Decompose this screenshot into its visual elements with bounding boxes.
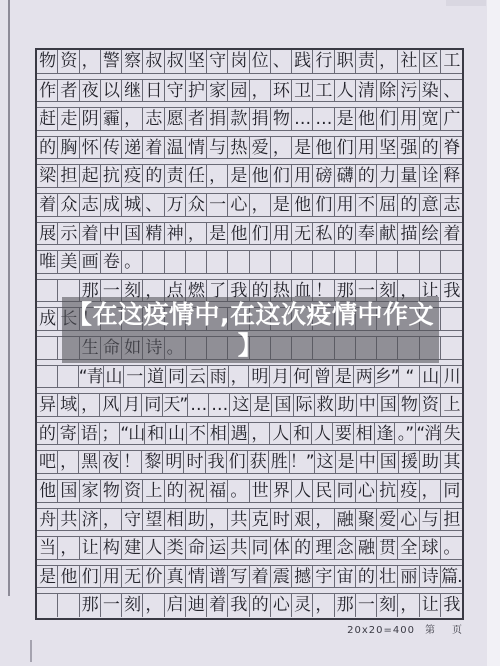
grid-cell: 迪 xyxy=(186,594,207,617)
grid-cell: 克 xyxy=(250,509,271,531)
grid-cell xyxy=(250,251,271,273)
grid-cell: 日 xyxy=(143,80,164,102)
grid-cell: 吧 xyxy=(37,451,58,473)
grid-cell: 艰 xyxy=(292,509,313,531)
grid-cell: 环 xyxy=(271,80,292,102)
grid-cell xyxy=(398,251,419,273)
grid-cell: 爱 xyxy=(250,137,271,159)
grid-cell: 用 xyxy=(356,137,377,159)
grid-cell: 他 xyxy=(228,223,249,245)
grid-cell: 、 xyxy=(143,194,164,216)
grid-cell: 真 xyxy=(165,566,186,588)
grid-cell: 篇. xyxy=(441,566,462,588)
grid-cell: 志 xyxy=(143,108,164,130)
grid-cell: ， xyxy=(186,223,207,245)
grid-cell: 工 xyxy=(313,80,334,102)
page-number-suffix: 页 xyxy=(452,625,463,636)
grid-cell: 无 xyxy=(292,223,313,245)
grid-cell: 月 xyxy=(270,366,291,388)
grid-cell: 助 xyxy=(420,451,441,473)
essay-row: 唯美画卷。 xyxy=(37,250,462,274)
grid-cell: 者 xyxy=(58,80,79,102)
grid-cell: 污 xyxy=(398,80,419,102)
grid-cell: 何 xyxy=(291,366,312,388)
grid-cell: 神 xyxy=(165,223,186,245)
grid-cell: 抗 xyxy=(101,165,122,187)
grid-cell: 释 xyxy=(441,165,462,187)
grid-cell: 让 xyxy=(420,594,441,617)
grid-cell: 成 xyxy=(101,194,122,216)
grid-cell: 不 xyxy=(356,194,377,216)
grid-cell: 志 xyxy=(441,194,462,216)
grid-cell: 责 xyxy=(356,50,377,73)
grid-cell: 聚 xyxy=(356,509,377,531)
grid-cell: 理 xyxy=(313,537,334,559)
grid-cell: 的 xyxy=(335,223,356,245)
grid-cell: 援 xyxy=(399,451,420,473)
grid-cell: ， xyxy=(58,451,79,473)
grid-cell: 同 xyxy=(441,480,462,502)
grid-cell: 卷 xyxy=(101,251,122,273)
grid-cell: 山 xyxy=(104,366,125,388)
grid-cell: 与 xyxy=(207,137,228,159)
grid-cell: 志 xyxy=(80,194,101,216)
grid-cell: 们 xyxy=(377,108,398,130)
grid-cell: 当 xyxy=(37,537,58,559)
grid-cell: 那 xyxy=(80,594,101,617)
grid-cell: ， xyxy=(250,80,271,102)
grid-cell: ； xyxy=(100,423,121,445)
grid-cell: 责 xyxy=(165,165,186,187)
grid-cell: 全 xyxy=(398,537,419,559)
grid-cell: 是 xyxy=(37,566,58,588)
grid-cell: 云 xyxy=(187,366,208,388)
grid-cell: 走 xyxy=(58,108,79,130)
grid-cell: ， xyxy=(58,537,79,559)
grid-cell: 心 xyxy=(228,194,249,216)
grid-cell: 和 xyxy=(145,423,166,445)
grid-cell: 力 xyxy=(377,165,398,187)
grid-cell: 美 xyxy=(58,251,79,273)
essay-row: 异域，风月同天”……这是国际救助中国物资上 xyxy=(37,393,462,417)
essay-row: 的寄语；“山和山不相遇，人和人要相逢。”“消失 xyxy=(37,422,462,446)
grid-cell: 同 xyxy=(142,394,163,416)
grid-cell: 以 xyxy=(101,80,122,102)
grid-cell: ， xyxy=(250,194,271,216)
grid-cell: 传 xyxy=(101,137,122,159)
grid-cell: 曾 xyxy=(312,366,333,388)
grid-cell: 中 xyxy=(357,451,378,473)
grid-cell: 着 xyxy=(207,594,228,617)
paper-bottom-left-mark xyxy=(30,640,32,662)
grid-cell xyxy=(292,251,313,273)
grid-cell: 山 xyxy=(166,423,187,445)
grid-cell: 察 xyxy=(122,50,143,73)
grid-cell: ！ xyxy=(121,451,142,473)
grid-cell: 叔 xyxy=(165,50,186,73)
grid-cell: 刻 xyxy=(122,594,143,617)
grid-cell: 这 xyxy=(315,451,336,473)
grid-cell: 界 xyxy=(271,480,292,502)
grid-cell: 同 xyxy=(166,366,187,388)
grid-cell: 家 xyxy=(207,80,228,102)
grid-cell: 。 xyxy=(441,537,462,559)
grid-cell: 是 xyxy=(251,394,272,416)
grid-cell: 守 xyxy=(165,80,186,102)
grid-cell: 获 xyxy=(248,451,269,473)
grid-cell: … xyxy=(313,108,334,130)
grid-cell: 唯 xyxy=(37,251,58,273)
grid-cell: 共 xyxy=(58,509,79,531)
grid-cell: 物 xyxy=(399,394,420,416)
essay-row: 他国家物资上的祝福。世界人民同心抗疫，同 xyxy=(37,479,462,503)
grid-cell: 人 xyxy=(312,423,333,445)
grid-cell xyxy=(143,251,164,273)
grid-cell: 我 xyxy=(206,451,227,473)
grid-cell: 们 xyxy=(227,451,248,473)
grid-cell: 是 xyxy=(228,165,249,187)
grid-cell: 相 xyxy=(165,509,186,531)
grid-cell: 他 xyxy=(356,108,377,130)
grid-cell: 的 xyxy=(398,194,419,216)
essay-row: 作者夜以继日守护家园，环卫工人清除污染、 xyxy=(37,79,462,103)
grid-cell: 那 xyxy=(335,594,356,617)
grid-cell: 壮 xyxy=(377,566,398,588)
grid-cell: 震 xyxy=(271,566,292,588)
grid-cell: 失 xyxy=(441,423,462,445)
grid-cell: 物 xyxy=(271,108,292,130)
grid-cell: 递 xyxy=(122,137,143,159)
grid-cell: ， xyxy=(249,423,270,445)
grid-cell: 心 xyxy=(398,509,419,531)
caption-line1: 【在这疫情中,在这次疫情中作文 xyxy=(67,299,434,330)
caption-line2: 】 xyxy=(238,330,264,361)
grid-cell: 款 xyxy=(228,108,249,130)
essay-row: 物资，警察叔叔坚守岗位、践行职责，社区工 xyxy=(37,50,462,74)
grid-cell: 担 xyxy=(441,509,462,531)
grid-cell: 与 xyxy=(420,509,441,531)
grid-cell: 贯 xyxy=(377,537,398,559)
grid-cell: 写 xyxy=(228,566,249,588)
grid-cell: 宙 xyxy=(335,566,356,588)
grid-cell: 一 xyxy=(101,594,122,617)
grid-cell: 灵 xyxy=(292,594,313,617)
grid-cell xyxy=(165,251,186,273)
grid-cell: ， xyxy=(377,50,398,73)
grid-cell: 者 xyxy=(186,108,207,130)
grid-cell: 撼 xyxy=(292,566,313,588)
grid-cell: 磅 xyxy=(313,165,334,187)
grid-cell: 时 xyxy=(271,509,292,531)
grid-cell: 中 xyxy=(101,223,122,245)
grid-cell: 国 xyxy=(378,394,399,416)
grid-cell: 着 xyxy=(143,137,164,159)
grid-cell: 诠 xyxy=(420,165,441,187)
paper-right-margin xyxy=(487,0,500,666)
grid-cell: 除 xyxy=(377,80,398,102)
grid-cell: 工 xyxy=(441,50,462,73)
grid-cell: 同 xyxy=(250,537,271,559)
grid-cell: 道 xyxy=(145,366,166,388)
grid-cell: 丽 xyxy=(398,566,419,588)
grid-cell: “青 xyxy=(79,366,104,388)
grid-cell: ， xyxy=(420,480,441,502)
grid-cell: 是 xyxy=(333,366,354,388)
grid-cell: 用 xyxy=(271,223,292,245)
grid-cell: 园 xyxy=(228,80,249,102)
grid-cell: 他 xyxy=(292,194,313,216)
grid-cell: 命 xyxy=(186,537,207,559)
grid-cell: 疫 xyxy=(398,480,419,502)
grid-cell: 国 xyxy=(378,451,399,473)
grid-cell: 宇 xyxy=(313,566,334,588)
grid-cell: 胜 xyxy=(269,451,290,473)
grid-cell: 、 xyxy=(271,50,292,73)
grid-cell: 。 xyxy=(122,251,143,273)
grid-cell: 护 xyxy=(186,80,207,102)
grid-cell: 其 xyxy=(441,451,462,473)
grid-cell: 绘 xyxy=(420,223,441,245)
grid-cell: ， xyxy=(207,509,228,531)
grid-cell: 无 xyxy=(122,566,143,588)
grid-cell: 明 xyxy=(163,451,184,473)
grid-cell: 民 xyxy=(313,480,334,502)
grid-cell: 同 xyxy=(335,480,356,502)
grid-cell: 心 xyxy=(271,594,292,617)
grid-cell: 域 xyxy=(58,394,79,416)
grid-cell xyxy=(228,251,249,273)
grid-cell: 们 xyxy=(250,223,271,245)
grid-cell: 霾 xyxy=(101,108,122,130)
essay-row: “青山一道同云雨，明月何曾是两乡”“山川 xyxy=(37,365,462,389)
paper-left-edge-line xyxy=(8,0,10,596)
grid-cell: 清 xyxy=(356,80,377,102)
grid-cell xyxy=(441,337,462,359)
grid-cell: 展 xyxy=(37,223,58,245)
grid-cell: 天” xyxy=(163,394,188,416)
grid-cell: 情 xyxy=(186,137,207,159)
grid-cell: 礴 xyxy=(335,165,356,187)
grid-cell: 共 xyxy=(228,509,249,531)
grid-cell xyxy=(37,280,58,302)
grid-cell: ！” xyxy=(290,451,315,473)
grid-cell: 。 xyxy=(228,480,249,502)
grid-cell: 和 xyxy=(291,423,312,445)
grid-cell: 岗 xyxy=(228,50,249,73)
grid-cell: 他 xyxy=(313,137,334,159)
grid-cell: 是 xyxy=(335,108,356,130)
page-number-prefix: 第 xyxy=(425,625,436,636)
grid-cell xyxy=(207,251,228,273)
grid-cell: 谱 xyxy=(207,566,228,588)
grid-cell: 雨 xyxy=(208,366,229,388)
grid-cell xyxy=(377,251,398,273)
grid-cell xyxy=(441,308,462,330)
grid-cell: 的 xyxy=(420,137,441,159)
grid-cell xyxy=(441,251,462,273)
grid-cell: 的 xyxy=(292,537,313,559)
grid-cell: 他 xyxy=(58,566,79,588)
grid-cell: 示 xyxy=(58,223,79,245)
grid-cell: 区 xyxy=(420,50,441,73)
grid-cell: 人 xyxy=(335,80,356,102)
grid-cell: 用 xyxy=(398,108,419,130)
grid-cell: 物 xyxy=(37,50,58,73)
grid-cell: 世 xyxy=(250,480,271,502)
grid-cell xyxy=(271,251,292,273)
grid-cell: 人 xyxy=(292,480,313,502)
grid-cell: 黑 xyxy=(79,451,100,473)
grid-cell: 融 xyxy=(335,509,356,531)
grid-cell: 量 xyxy=(398,165,419,187)
grid-cell: 阴 xyxy=(80,108,101,130)
grid-cell: 们 xyxy=(313,194,334,216)
grid-cell: ， xyxy=(101,509,122,531)
grid-cell: 念 xyxy=(335,537,356,559)
grid-cell: 的 xyxy=(37,423,58,445)
grid-cell: ， xyxy=(398,594,419,617)
grid-cell: 宽 xyxy=(420,108,441,130)
essay-photo: 物资，警察叔叔坚守岗位、践行职责，社区工作者夜以继日守护家园，环卫工人清除污染、… xyxy=(0,0,500,666)
grid-cell: 坚 xyxy=(186,50,207,73)
grid-cell: 望 xyxy=(143,509,164,531)
grid-cell: 我 xyxy=(441,280,462,302)
grid-cell: 逢 xyxy=(375,423,396,445)
grid-cell: 着 xyxy=(80,223,101,245)
grid-cell: 意 xyxy=(420,194,441,216)
grid-cell: 社 xyxy=(398,50,419,73)
paper-top-right-notch xyxy=(446,0,486,6)
grid-cell: 着 xyxy=(37,194,58,216)
essay-row: 着众志成城、万众一心，是他们用不屈的意志 xyxy=(37,193,462,217)
grid-cell: 黎 xyxy=(142,451,163,473)
grid-cell xyxy=(58,594,79,617)
grid-cell: 心 xyxy=(356,480,377,502)
grid-cell: 们 xyxy=(335,137,356,159)
grid-cell: 一 xyxy=(356,594,377,617)
grid-cell: “消 xyxy=(416,423,441,445)
grid-cell: 我 xyxy=(441,594,462,617)
grid-cell xyxy=(356,251,377,273)
grid-cell xyxy=(37,366,58,388)
grid-cell: 温 xyxy=(165,137,186,159)
grid-cell xyxy=(420,251,441,273)
grid-cell: 一 xyxy=(124,366,145,388)
grid-cell: 着 xyxy=(250,566,271,588)
grid-cell: 脊 xyxy=(441,137,462,159)
grid-cell: 的 xyxy=(37,137,58,159)
grid-cell: 起 xyxy=(80,165,101,187)
grid-cell: 助 xyxy=(336,394,357,416)
grid-cell: 众 xyxy=(186,194,207,216)
grid-cell: 、 xyxy=(441,80,462,102)
grid-cell: 人 xyxy=(143,537,164,559)
grid-cell: “ xyxy=(399,366,420,388)
grid-cell: 担 xyxy=(58,165,79,187)
grid-cell: 遇 xyxy=(229,423,250,445)
grid-cell: 夜 xyxy=(80,80,101,102)
grid-cell: 情 xyxy=(186,566,207,588)
grid-cell: 染 xyxy=(420,80,441,102)
grid-cell: 是 xyxy=(292,137,313,159)
grid-cell: 警 xyxy=(101,50,122,73)
grid-cell: 梁 xyxy=(37,165,58,187)
grid-cell: 们 xyxy=(80,566,101,588)
grid-cell: 资 xyxy=(420,394,441,416)
grid-cell: 愿 xyxy=(165,108,186,130)
essay-row: 那一刻，启迪着我的心灵，那一刻，让我 xyxy=(37,593,462,617)
grid-cell: 风 xyxy=(100,394,121,416)
grid-cell: ， xyxy=(313,509,334,531)
grid-cell: 捐 xyxy=(250,108,271,130)
grid-cell: 球 xyxy=(420,537,441,559)
grid-cell: 奉 xyxy=(356,223,377,245)
grid-cell: 山 xyxy=(420,366,441,388)
grid-cell: 位 xyxy=(250,50,271,73)
grid-cell: 的 xyxy=(356,165,377,187)
grid-cell: 叔 xyxy=(143,50,164,73)
grid-cell: 祝 xyxy=(186,480,207,502)
grid-cell: 国 xyxy=(58,480,79,502)
grid-cell: 继 xyxy=(122,80,143,102)
grid-cell: 时 xyxy=(184,451,205,473)
caption-overlay: 【在这疫情中,在这次疫情中作文 】 xyxy=(62,297,439,363)
grid-cell: 福 xyxy=(207,480,228,502)
grid-cell xyxy=(335,251,356,273)
grid-cell: 建 xyxy=(122,537,143,559)
paper-footer: 20x20=400第页 xyxy=(35,621,463,636)
grid-cell: 爱 xyxy=(377,509,398,531)
essay-row: 吧，黑夜！黎明时我们获胜！”这是中国援助其 xyxy=(37,450,462,474)
grid-spec-label: 20x20=400 xyxy=(347,625,415,636)
grid-cell: 着 xyxy=(441,223,462,245)
grid-cell: 寄 xyxy=(58,423,79,445)
grid-cell: 的 xyxy=(356,566,377,588)
grid-cell xyxy=(186,251,207,273)
grid-cell: 体 xyxy=(271,537,292,559)
grid-cell: 众 xyxy=(58,194,79,216)
grid-cell: 两 xyxy=(354,366,375,388)
grid-cell: 上 xyxy=(441,394,462,416)
grid-cell: 用 xyxy=(101,566,122,588)
grid-cell: ， xyxy=(229,366,250,388)
grid-cell: 私 xyxy=(313,223,334,245)
grid-cell: 强 xyxy=(398,137,419,159)
grid-cell: 资 xyxy=(122,480,143,502)
grid-cell: ， xyxy=(207,165,228,187)
grid-cell: 赶 xyxy=(37,108,58,130)
grid-cell: 万 xyxy=(165,194,186,216)
grid-cell: 践 xyxy=(292,50,313,73)
grid-cell xyxy=(37,594,58,617)
grid-cell: 他 xyxy=(37,480,58,502)
grid-cell: 用 xyxy=(292,165,313,187)
grid-cell: 作 xyxy=(37,80,58,102)
grid-cell: 启 xyxy=(165,594,186,617)
grid-cell: 刻 xyxy=(377,594,398,617)
grid-cell: 资 xyxy=(58,50,79,73)
grid-cell: 抗 xyxy=(377,480,398,502)
grid-cell: 家 xyxy=(80,480,101,502)
grid-cell: ， xyxy=(80,50,101,73)
grid-cell: 怀 xyxy=(80,137,101,159)
grid-cell: 人 xyxy=(270,423,291,445)
grid-cell: 捐 xyxy=(207,108,228,130)
grid-cell: 的 xyxy=(250,594,271,617)
grid-cell: 成 xyxy=(37,308,58,330)
grid-cell: 守 xyxy=(207,50,228,73)
grid-cell: 任 xyxy=(186,165,207,187)
